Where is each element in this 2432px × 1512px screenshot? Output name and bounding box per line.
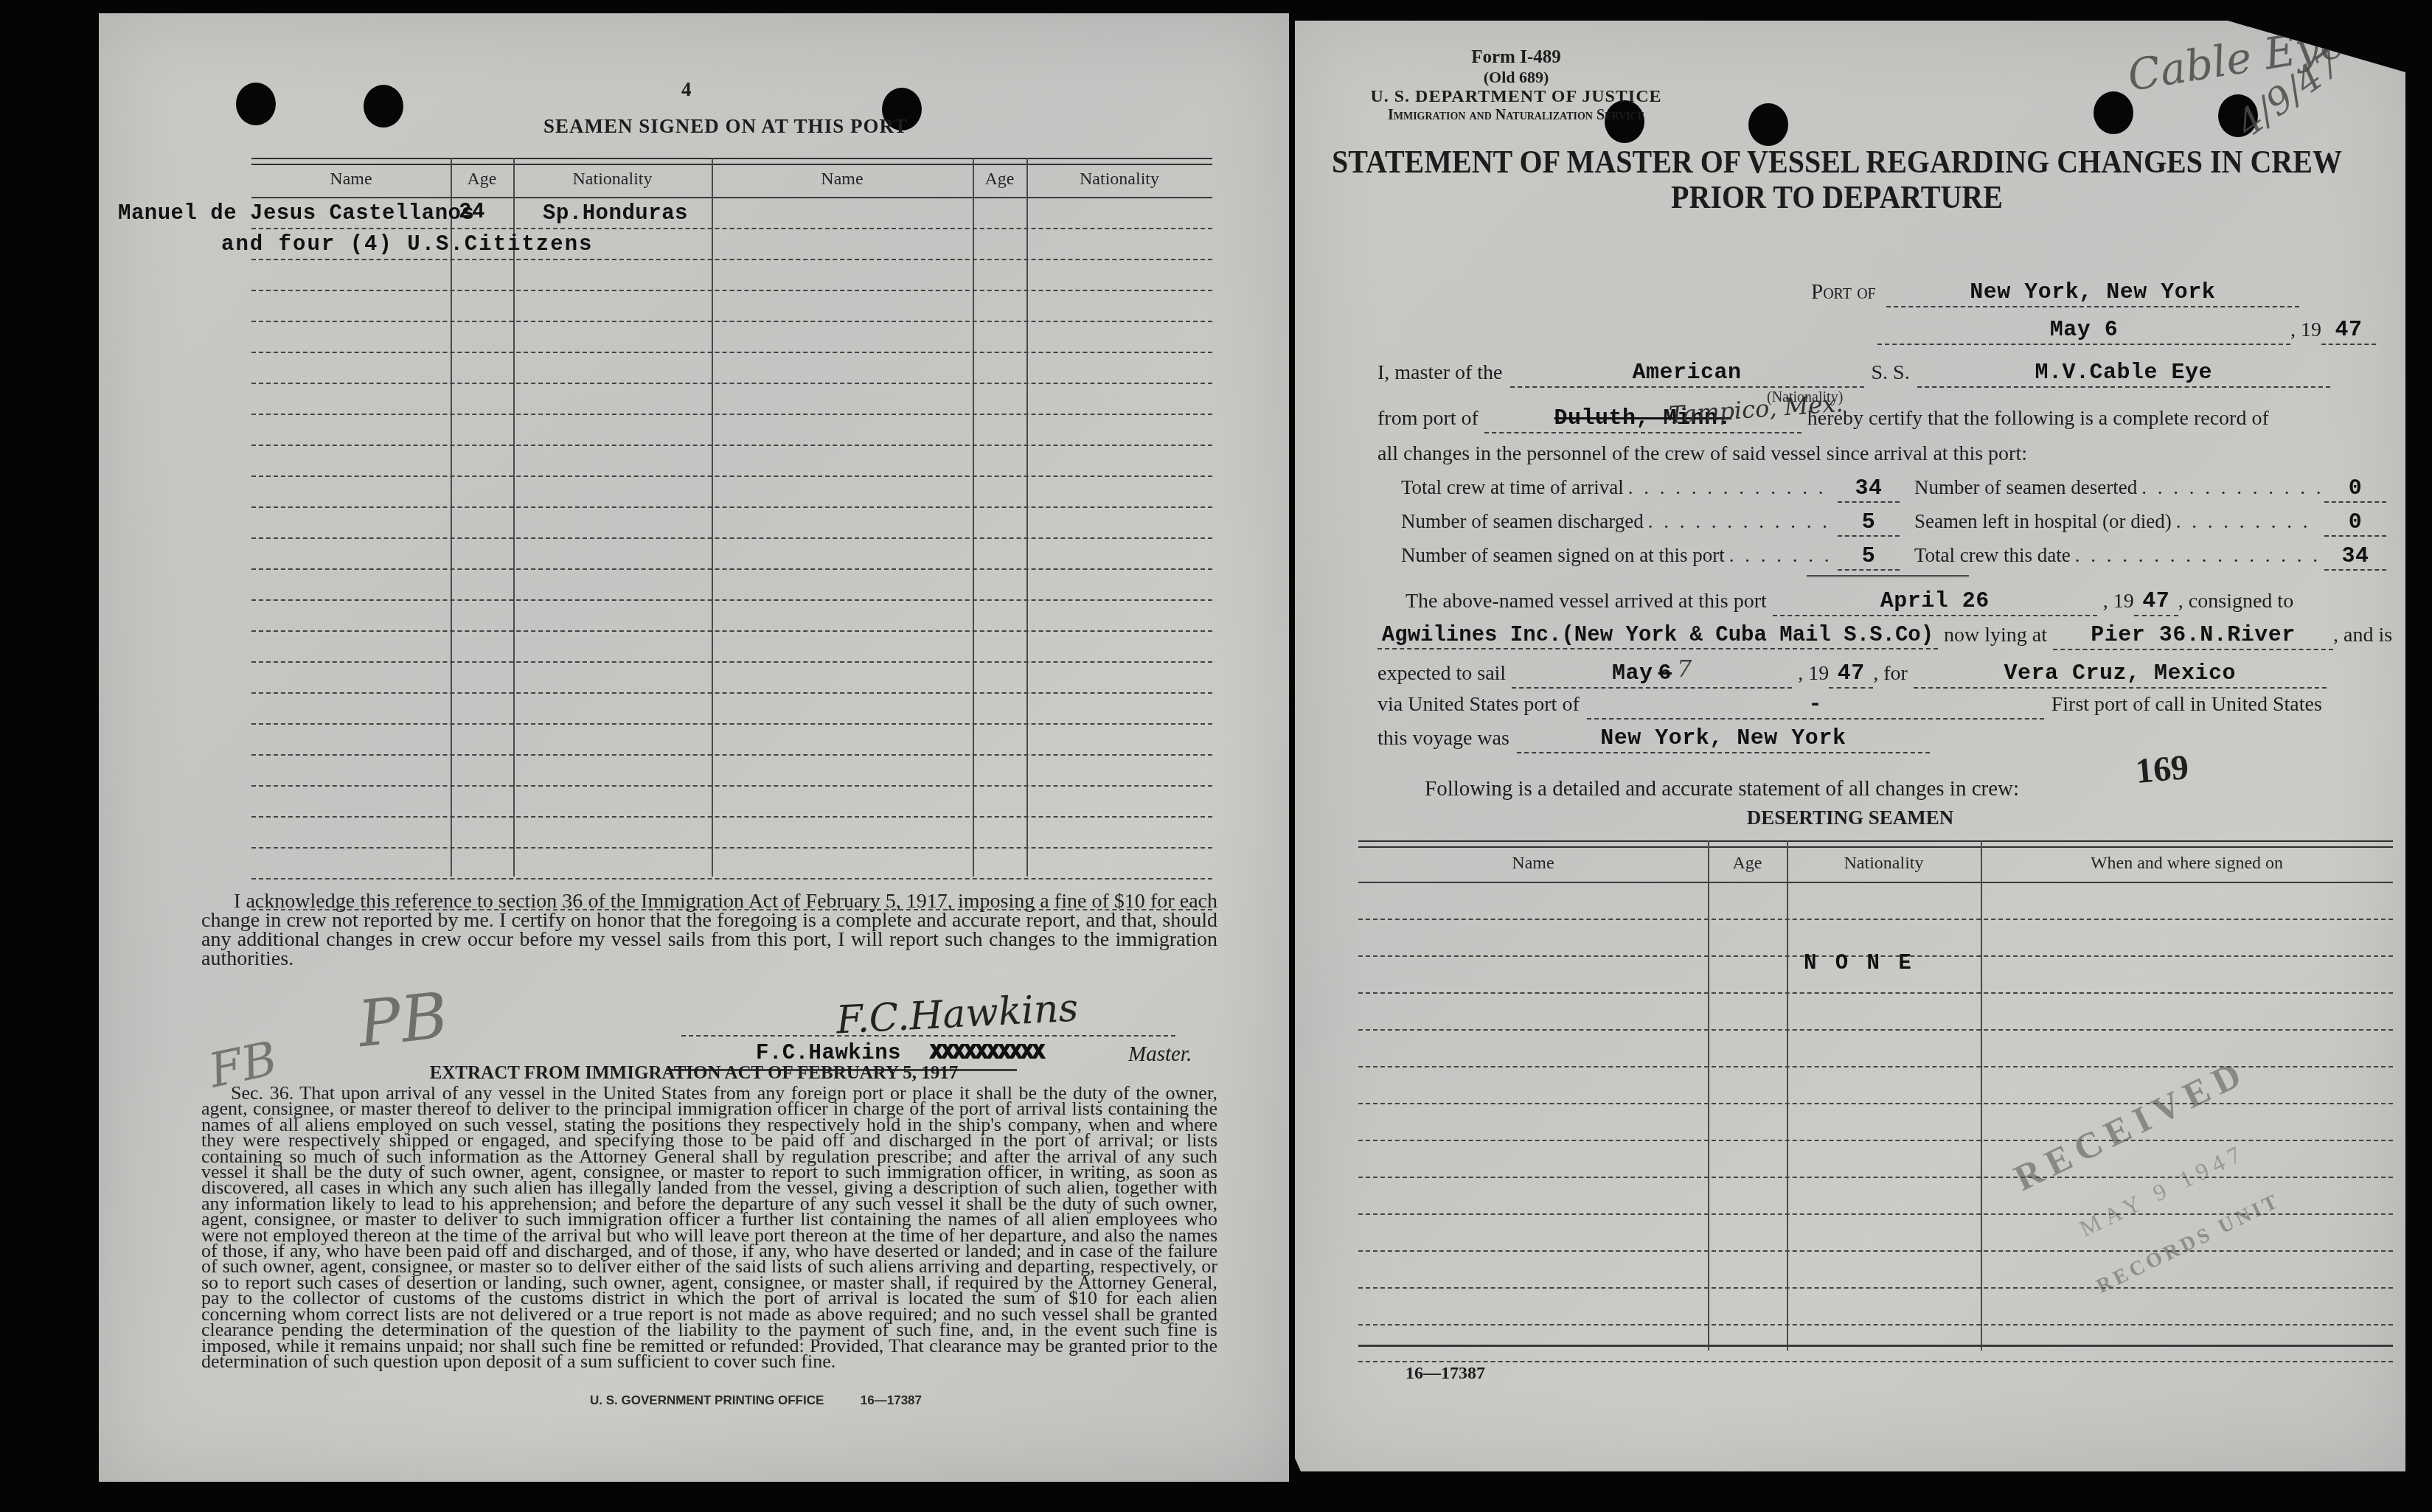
from-port-blank: Duluth, Minn. Tampico, Mex.: [1484, 407, 1802, 433]
date-blank: May 6: [1877, 318, 2290, 345]
stats-row-1: Total crew at time of arrival 34 Number …: [1401, 476, 2386, 503]
scanned-document: { "left_page": { "page_number": "4", "se…: [0, 0, 2432, 1512]
table-top-rule: [1358, 840, 2393, 848]
stat-label: Total crew this date: [1914, 544, 2071, 567]
stat-total-crew: Total crew this date 34: [1914, 544, 2386, 571]
table-row: [251, 570, 1212, 601]
section-title: SEAMEN SIGNED ON AT THIS PORT: [99, 115, 1352, 138]
sail-date-blank: May 6 7: [1512, 658, 1792, 689]
table-row: [1358, 1325, 2393, 1362]
stat-value: 0: [2324, 476, 2386, 503]
stat-label: Number of seamen signed on at this port: [1401, 544, 1725, 567]
port-blank: New York, New York: [1886, 281, 2299, 307]
table-row: [1358, 883, 2393, 920]
via-value: -: [1808, 692, 1822, 717]
department-name: U. S. DEPARTMENT OF JUSTICE: [1339, 87, 1693, 107]
sail-day-hand-value: 7: [1677, 655, 1692, 683]
pencil-initials: PB: [355, 979, 451, 1062]
table-row: [251, 446, 1212, 477]
sail-year-value: 47: [1838, 661, 1865, 686]
voyage-blank: New York, New York: [1517, 727, 1930, 753]
column-header: Age: [1708, 854, 1787, 874]
arrived-year-value: 47: [2142, 589, 2169, 614]
column-header: Nationality: [1787, 854, 1981, 874]
arrived-line: The above-named vessel arrived at this p…: [1406, 590, 2293, 616]
column-header: Name: [712, 170, 973, 189]
table-row: [251, 756, 1212, 787]
table-bottom-rule: [1358, 1345, 2393, 1347]
table-row: [251, 291, 1212, 322]
stat-hospital: Seamen left in hospital (or died) 0: [1914, 510, 2386, 537]
dot-leader: [1729, 544, 1833, 567]
form-number-old: (Old 689): [1339, 68, 1693, 87]
date-value: May 6: [2050, 318, 2119, 343]
table-row: [251, 663, 1212, 694]
year-prefix: , 19: [2103, 590, 2134, 613]
sail-for-label: , for: [1873, 662, 1908, 686]
crew-entry-nationality: Sp.Honduras: [543, 201, 688, 226]
consignee-blank: Agwilines Inc.(New York & Cuba Mail S.S.…: [1377, 624, 1938, 649]
sail-day-struck-value: 6: [1658, 661, 1672, 686]
nationality-blank: American: [1510, 361, 1864, 388]
table-row: [251, 353, 1212, 384]
crew-entry-note: and four (4) U.S.Cititzens: [221, 232, 593, 257]
lying-blank: Pier 36.N.River: [2053, 624, 2333, 650]
punch-hole: [1748, 103, 1788, 146]
column-header: Age: [451, 170, 513, 189]
stat-arrival: Total crew at time of arrival 34: [1401, 476, 1900, 503]
table-row: [251, 477, 1212, 508]
printing-office-code: 16—17387: [861, 1393, 922, 1407]
table-row: [251, 725, 1212, 756]
from-port-line: from port of Duluth, Minn. Tampico, Mex.…: [1377, 407, 2269, 433]
sail-label: expected to sail: [1377, 662, 1506, 686]
table-row: [251, 415, 1212, 446]
certify-text: hereby certify that the following is a c…: [1807, 407, 2269, 431]
master-signature-script: F.C.Hawkins: [835, 986, 1080, 1042]
via-line: via United States port of - First port o…: [1377, 693, 2322, 720]
table-top-rule: [251, 158, 1212, 165]
left-page: 4 SEAMEN SIGNED ON AT THIS PORT Name Age…: [99, 13, 1289, 1482]
table-row: [1358, 994, 2393, 1031]
port-label: Port of: [1811, 280, 1876, 304]
stat-label: Seamen left in hospital (or died): [1914, 510, 2172, 533]
stat-value: 5: [1838, 544, 1900, 571]
table-row: [1358, 1252, 2393, 1289]
punch-hole: [2094, 91, 2133, 134]
port-value: New York, New York: [1970, 280, 2215, 305]
stat-discharged: Number of seamen discharged 5: [1401, 510, 1900, 537]
from-port-label: from port of: [1377, 407, 1479, 431]
lying-label: now lying at: [1944, 624, 2047, 647]
signature-dotted-rule: [681, 1035, 1175, 1037]
signed-on-table: Name Age Nationality Name Age Nationalit…: [251, 158, 1212, 877]
table-row: [251, 787, 1212, 818]
stat-value: 5: [1838, 510, 1900, 537]
stats-row-2: Number of seamen discharged 5 Seamen lef…: [1401, 510, 2386, 537]
year-blank: 47: [2321, 318, 2376, 345]
stat-signed-on: Number of seamen signed on at this port …: [1401, 544, 1900, 571]
stat-value: 34: [1838, 476, 1900, 503]
arrived-prefix: The above-named vessel arrived at this p…: [1406, 590, 1767, 613]
form-header-block: Form I-489 (Old 689) U. S. DEPARTMENT OF…: [1339, 47, 1693, 124]
form-footer-code: 16—17387: [1406, 1364, 1485, 1384]
voyage-line: this voyage was New York, New York: [1377, 727, 1930, 753]
signature-typed-name: F.C.Hawkins: [756, 1041, 901, 1065]
column-header: Nationality: [513, 170, 712, 189]
table-row: [251, 260, 1212, 291]
dot-leader: [1648, 510, 1833, 533]
extract-title: EXTRACT FROM IMMIGRATION ACT OF FEBRUARY…: [99, 1063, 1289, 1084]
arrived-date-value: April 26: [1880, 589, 1990, 614]
master-line: I, master of the American S. S. M.V.Cabl…: [1377, 361, 2330, 388]
column-header: When and where signed on: [1981, 854, 2393, 874]
page-number-stamp: 169: [2134, 747, 2191, 792]
lying-suffix: , and is: [2333, 624, 2392, 647]
form-title-line2: PRIOR TO DEPARTURE: [1310, 178, 2364, 217]
voyage-value: New York, New York: [1600, 726, 1846, 751]
table-row: [251, 322, 1212, 353]
section-divider-rule: [1807, 575, 1969, 577]
dot-leader: [2176, 510, 2320, 533]
dot-leader: [2141, 476, 2320, 499]
crew-entry-age: 24: [459, 200, 485, 224]
table-row: [251, 632, 1212, 663]
bureau-name: Immigration and Naturalization Service: [1339, 107, 1693, 124]
arrived-year-blank: 47: [2134, 590, 2178, 616]
vessel-blank: M.V.Cable Eye: [1917, 361, 2330, 388]
lying-value: Pier 36.N.River: [2091, 623, 2296, 648]
dot-leader: [1628, 476, 1833, 499]
printing-office-footer: U. S. GOVERNMENT PRINTING OFFICE 16—1738…: [590, 1393, 922, 1408]
arrived-suffix: , consigned to: [2178, 590, 2293, 613]
form-title-line1: STATEMENT OF MASTER OF VESSEL REGARDING …: [1310, 143, 2364, 181]
table-row: [251, 508, 1212, 539]
via-label: via United States port of: [1377, 693, 1580, 717]
none-entry: N O N E: [1804, 951, 1914, 975]
column-header: Nationality: [1026, 170, 1212, 189]
master-prefix: I, master of the: [1377, 361, 1503, 385]
stat-label: Number of seamen discharged: [1401, 510, 1644, 533]
consignee-value: Agwilines Inc.(New York & Cuba Mail S.S.…: [1382, 623, 1934, 647]
deserting-seamen-title: DESERTING SEAMEN: [1295, 806, 2405, 829]
sail-destination-blank: Vera Cruz, Mexico: [1914, 662, 2327, 689]
extract-paragraph: Sec. 36. That upon arrival of any vessel…: [201, 1085, 1217, 1369]
voyage-label: this voyage was: [1377, 727, 1509, 750]
via-blank: -: [1587, 693, 2044, 720]
vessel-value: M.V.Cable Eye: [2035, 360, 2212, 386]
arrived-date-blank: April 26: [1773, 590, 2097, 616]
stat-label: Number of seamen deserted: [1914, 476, 2137, 499]
column-header: Name: [251, 170, 451, 189]
table-row: [251, 849, 1212, 879]
table-row: [251, 539, 1212, 570]
sail-year-blank: 47: [1829, 662, 1873, 689]
column-header: Age: [973, 170, 1026, 189]
signature-struck-text: XXXXXXXXXX: [929, 1041, 1043, 1065]
date-line: May 6 , 19 47: [1877, 318, 2376, 345]
printing-office-label: U. S. GOVERNMENT PRINTING OFFICE: [590, 1393, 824, 1407]
dot-leader: [2075, 544, 2320, 567]
year-prefix: , 19: [1798, 662, 1829, 686]
sail-destination-value: Vera Cruz, Mexico: [2004, 661, 2237, 686]
table-row: [251, 384, 1212, 415]
changes-line: all changes in the personnel of the crew…: [1377, 442, 2027, 466]
stat-label: Total crew at time of arrival: [1401, 476, 1624, 499]
first-port-label: First port of call in United States: [2051, 693, 2322, 717]
column-header: Name: [1358, 854, 1708, 874]
right-page: Form I-489 (Old 689) U. S. DEPARTMENT OF…: [1295, 21, 2405, 1471]
port-line: Port of New York, New York: [1811, 280, 2299, 307]
acknowledgment-paragraph: I acknowledge this reference to section …: [201, 892, 1217, 969]
table-row: [251, 694, 1212, 725]
form-number: Form I-489: [1339, 47, 1693, 68]
page-number: 4: [681, 78, 692, 101]
stats-row-3: Number of seamen signed on at this port …: [1401, 544, 2386, 571]
table-rows: [251, 198, 1212, 910]
table-row: [1358, 1289, 2393, 1325]
nationality-value: American: [1632, 360, 1741, 386]
stat-value: 34: [2324, 544, 2386, 571]
stat-value: 0: [2324, 510, 2386, 537]
following-line: Following is a detailed and accurate sta…: [1425, 777, 2019, 801]
sail-line: expected to sail May 6 7 , 19 47 , for V…: [1377, 658, 2327, 689]
ss-label: S. S.: [1872, 361, 1910, 385]
consignee-line: Agwilines Inc.(New York & Cuba Mail S.S.…: [1377, 624, 2392, 650]
sail-month-value: May: [1612, 661, 1653, 686]
crew-entry-name: Manuel de Jesus Castellanos: [118, 201, 474, 226]
stat-deserted: Number of seamen deserted 0: [1914, 476, 2386, 503]
year-value: 47: [2335, 318, 2362, 343]
table-row: [251, 601, 1212, 632]
year-prefix: , 19: [2290, 318, 2321, 342]
table-row: [251, 818, 1212, 849]
